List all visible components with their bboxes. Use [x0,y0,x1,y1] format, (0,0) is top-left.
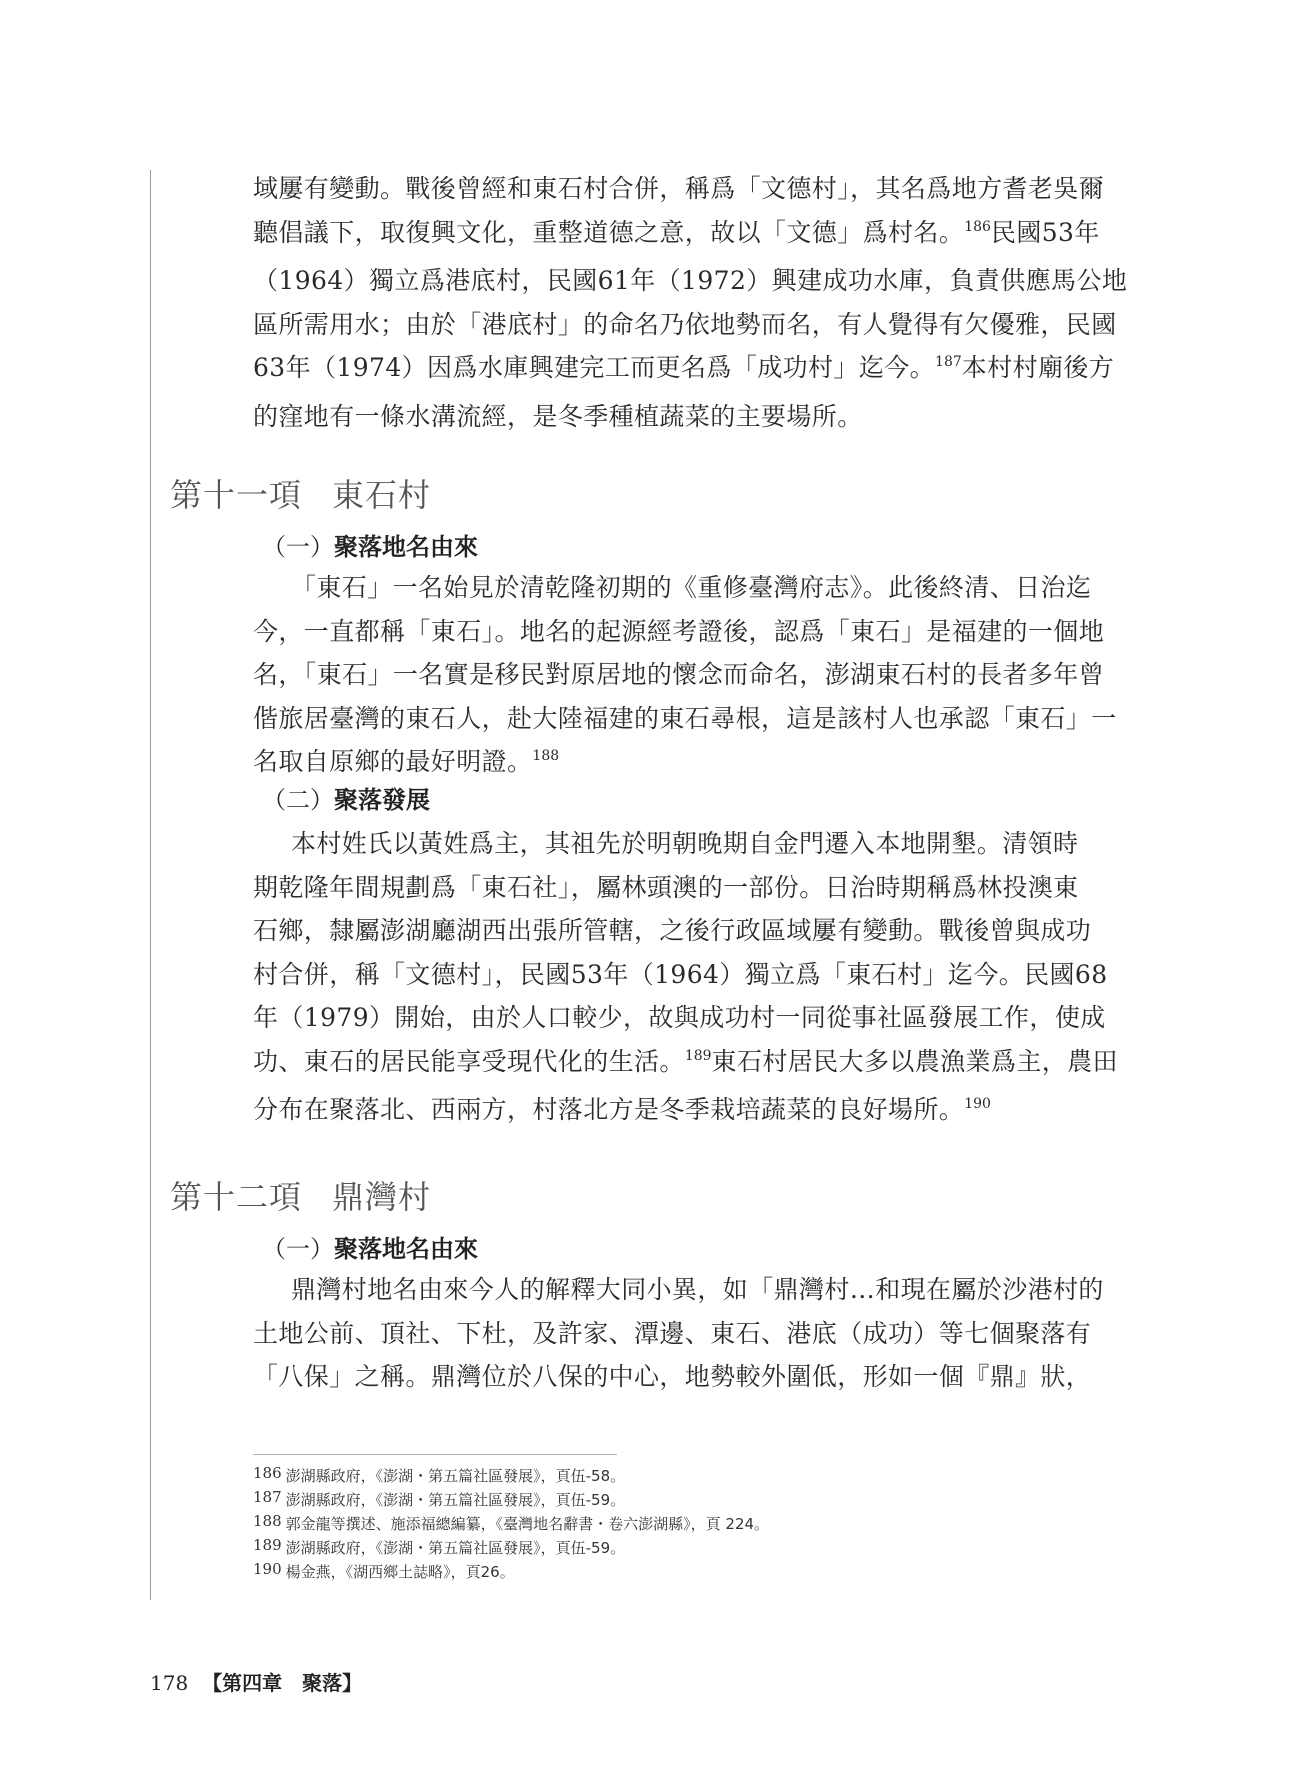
margin-rule [150,170,151,1600]
text-line: 本村姓氏以黃姓爲主，其祖先於明朝晚期自金門遷入本地開墾。清領時 [253,822,1133,866]
subsection-title-12-1: （一）聚落地名由來 [262,1229,478,1264]
text-line: 的窪地有一條水溝流經，是冬季種植蔬菜的主要場所。 [253,395,1133,439]
footnote-ref-190[interactable]: 190 [964,1096,991,1112]
text-line: 土地公前、頂社、下杜，及許家、潭邊、東石、港底（成功）等七個聚落有 [253,1312,1133,1356]
page-number: 178 [150,1671,188,1695]
text-line: 石鄉，隸屬澎湖廳湖西出張所管轄，之後行政區域屢有變動。戰後曾與成功 [253,909,1133,953]
text-line: 鼎灣村地名由來今人的解釋大同小異，如「鼎灣村…和現在屬於沙港村的 [253,1268,1133,1312]
footnote-ref-186[interactable]: 186 [964,219,991,235]
section-title-11: 第十一項東石村 [170,470,431,516]
subsection-title-11-1: （一）聚落地名由來 [262,527,478,562]
text-line: 偕旅居臺灣的東石人，赴大陸福建的東石尋根，這是該村人也承認「東石」一 [253,697,1133,741]
paragraph-continuation: 域屢有變動。戰後曾經和東石村合併，稱爲「文德村」，其名爲地方耆老吳爾 聽倡議下，… [253,167,1133,438]
text-line: 今，一直都稱「東石」。地名的起源經考證後，認爲「東石」是福建的一個地 [253,610,1133,654]
text-line: 63年（1974）因爲水庫興建完工而更名爲「成功村」迄今。187本村村廟後方 [253,346,1133,395]
paragraph-11-1: 「東石」一名始見於清乾隆初期的《重修臺灣府志》。此後終清、日治迄 今，一直都稱「… [253,566,1133,789]
footnote-186: 186澎湖縣政府，《澎湖・第五篇社區發展》，頁伍-58。 [253,1464,769,1488]
text-line: 域屢有變動。戰後曾經和東石村合併，稱爲「文德村」，其名爲地方耆老吳爾 [253,167,1133,211]
text-line: （1964）獨立爲港底村，民國61年（1972）興建成功水庫，負責供應馬公地 [253,259,1133,303]
text-line: 「東石」一名始見於清乾隆初期的《重修臺灣府志》。此後終清、日治迄 [253,566,1133,610]
section-title-12: 第十二項鼎灣村 [170,1172,431,1218]
text-line: 聽倡議下，取復興文化，重整道德之意，故以「文德」爲村名。186民國53年 [253,211,1133,260]
text-line: 功、東石的居民能享受現代化的生活。189東石村居民大多以農漁業爲主，農田 [253,1040,1133,1089]
text-line: 村合併，稱「文德村」，民國53年（1964）獨立爲「東石村」迄今。民國68 [253,953,1133,997]
footnote-ref-188[interactable]: 188 [532,748,559,764]
subsection-title-11-2: （二）聚落發展 [262,780,430,815]
text-line: 分布在聚落北、西兩方，村落北方是冬季栽培蔬菜的良好場所。190 [253,1088,1133,1137]
footnote-separator [253,1454,617,1455]
footnote-187: 187澎湖縣政府，《澎湖・第五篇社區發展》，頁伍-59。 [253,1488,769,1512]
chapter-label: 【第四章 聚落】 [202,1671,362,1695]
paragraph-12-1: 鼎灣村地名由來今人的解釋大同小異，如「鼎灣村…和現在屬於沙港村的 土地公前、頂社… [253,1268,1133,1399]
footnote-ref-187[interactable]: 187 [935,354,962,370]
text-line: 期乾隆年間規劃爲「東石社」，屬林頭澳的一部份。日治時期稱爲林投澳東 [253,866,1133,910]
page-footer: 178【第四章 聚落】 [150,1667,362,1696]
text-line: 區所需用水；由於「港底村」的命名乃依地勢而名，有人覺得有欠優雅，民國 [253,303,1133,347]
footnote-189: 189澎湖縣政府，《澎湖・第五篇社區發展》，頁伍-59。 [253,1536,769,1560]
text-line: 年（1979）開始，由於人口較少，故與成功村一同從事社區發展工作，使成 [253,996,1133,1040]
footnote-190: 190楊金燕，《湖西鄉土誌略》，頁26。 [253,1560,769,1584]
footnote-ref-189[interactable]: 189 [685,1048,712,1064]
text-line: 「八保」之稱。鼎灣位於八保的中心，地勢較外圍低，形如一個『鼎』狀， [253,1355,1133,1399]
footnotes: 186澎湖縣政府，《澎湖・第五篇社區發展》，頁伍-58。 187澎湖縣政府，《澎… [253,1464,769,1584]
text-line: 名，「東石」一名實是移民對原居地的懷念而命名，澎湖東石村的長者多年曾 [253,653,1133,697]
footnote-188: 188郭金龍等撰述、施添福總編纂，《臺灣地名辭書・卷六澎湖縣》，頁 224。 [253,1512,769,1536]
paragraph-11-2: 本村姓氏以黃姓爲主，其祖先於明朝晚期自金門遷入本地開墾。清領時 期乾隆年間規劃爲… [253,822,1133,1137]
